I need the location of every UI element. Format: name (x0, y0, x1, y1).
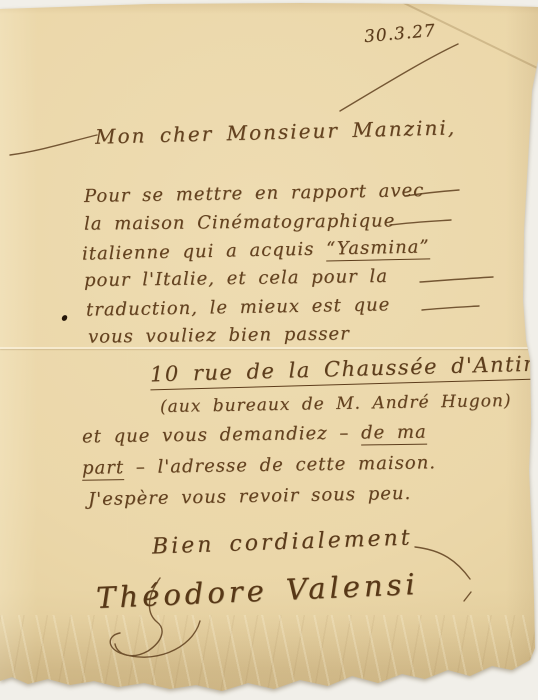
salutation-lead-swash (10, 135, 97, 155)
body-line: Pour se mettre en rapport avec (84, 180, 425, 207)
fold-crease-diagonal (0, 0, 121, 1)
body-line: vous vouliez bien passer (88, 323, 350, 347)
body-line: pour l'Italie, et cela pour la (84, 266, 388, 291)
body-line-text: et que vous demandiez – (82, 423, 361, 448)
fold-crease-top-right (399, 0, 538, 85)
signature-end-tick (464, 592, 471, 601)
fold-crease-horizontal (0, 347, 538, 349)
date-paraph-stroke (340, 44, 458, 111)
paper-sheet-wrap: 30.3.27 Mon cher Monsieur Manzini, Pour … (0, 0, 538, 700)
line-end-dash (420, 277, 493, 282)
ink-speck (61, 314, 68, 321)
address-note: (aux bureaux de M. André Hugon) (160, 391, 512, 417)
handwritten-date: 30.3.27 (363, 21, 436, 47)
body-line: la maison Cinématographique (84, 210, 396, 234)
salutation: Mon cher Monsieur Manzini, (95, 115, 457, 148)
address-line: 10 rue de la Chaussée d'Antin (150, 352, 538, 391)
body-line: et que vous demandiez – de ma (82, 422, 427, 448)
closing-flourish (415, 547, 470, 579)
line-end-dash (422, 306, 479, 310)
address-street-underlined: 10 rue de la Chaussée d'Antin (150, 352, 538, 391)
body-line: J'espère vous revoir sous peu. (88, 483, 412, 510)
body-line-text: italienne qui a acquis (82, 239, 327, 265)
body-line: traduction, le mieux est que (86, 294, 391, 320)
line-end-dash (390, 220, 451, 225)
underlined-words: part (82, 457, 124, 481)
film-title-underlined: “Yasmina” (326, 236, 430, 261)
body-line: part – l'adresse de cette maison. (82, 452, 436, 479)
closing-formula: Bien cordialement (152, 525, 413, 559)
body-line-text: – l'adresse de cette maison. (124, 452, 436, 478)
body-line: italienne qui a acquis “Yasmina” (82, 236, 430, 264)
paper-wrinkles-bottom (0, 615, 538, 695)
signature-descender-flourish (110, 621, 200, 657)
scanned-letter: 30.3.27 Mon cher Monsieur Manzini, Pour … (0, 0, 538, 700)
paper-sheet: 30.3.27 Mon cher Monsieur Manzini, Pour … (0, 0, 538, 700)
signature: Théodore Valensi (95, 567, 419, 615)
underlined-words: de ma (361, 422, 427, 446)
